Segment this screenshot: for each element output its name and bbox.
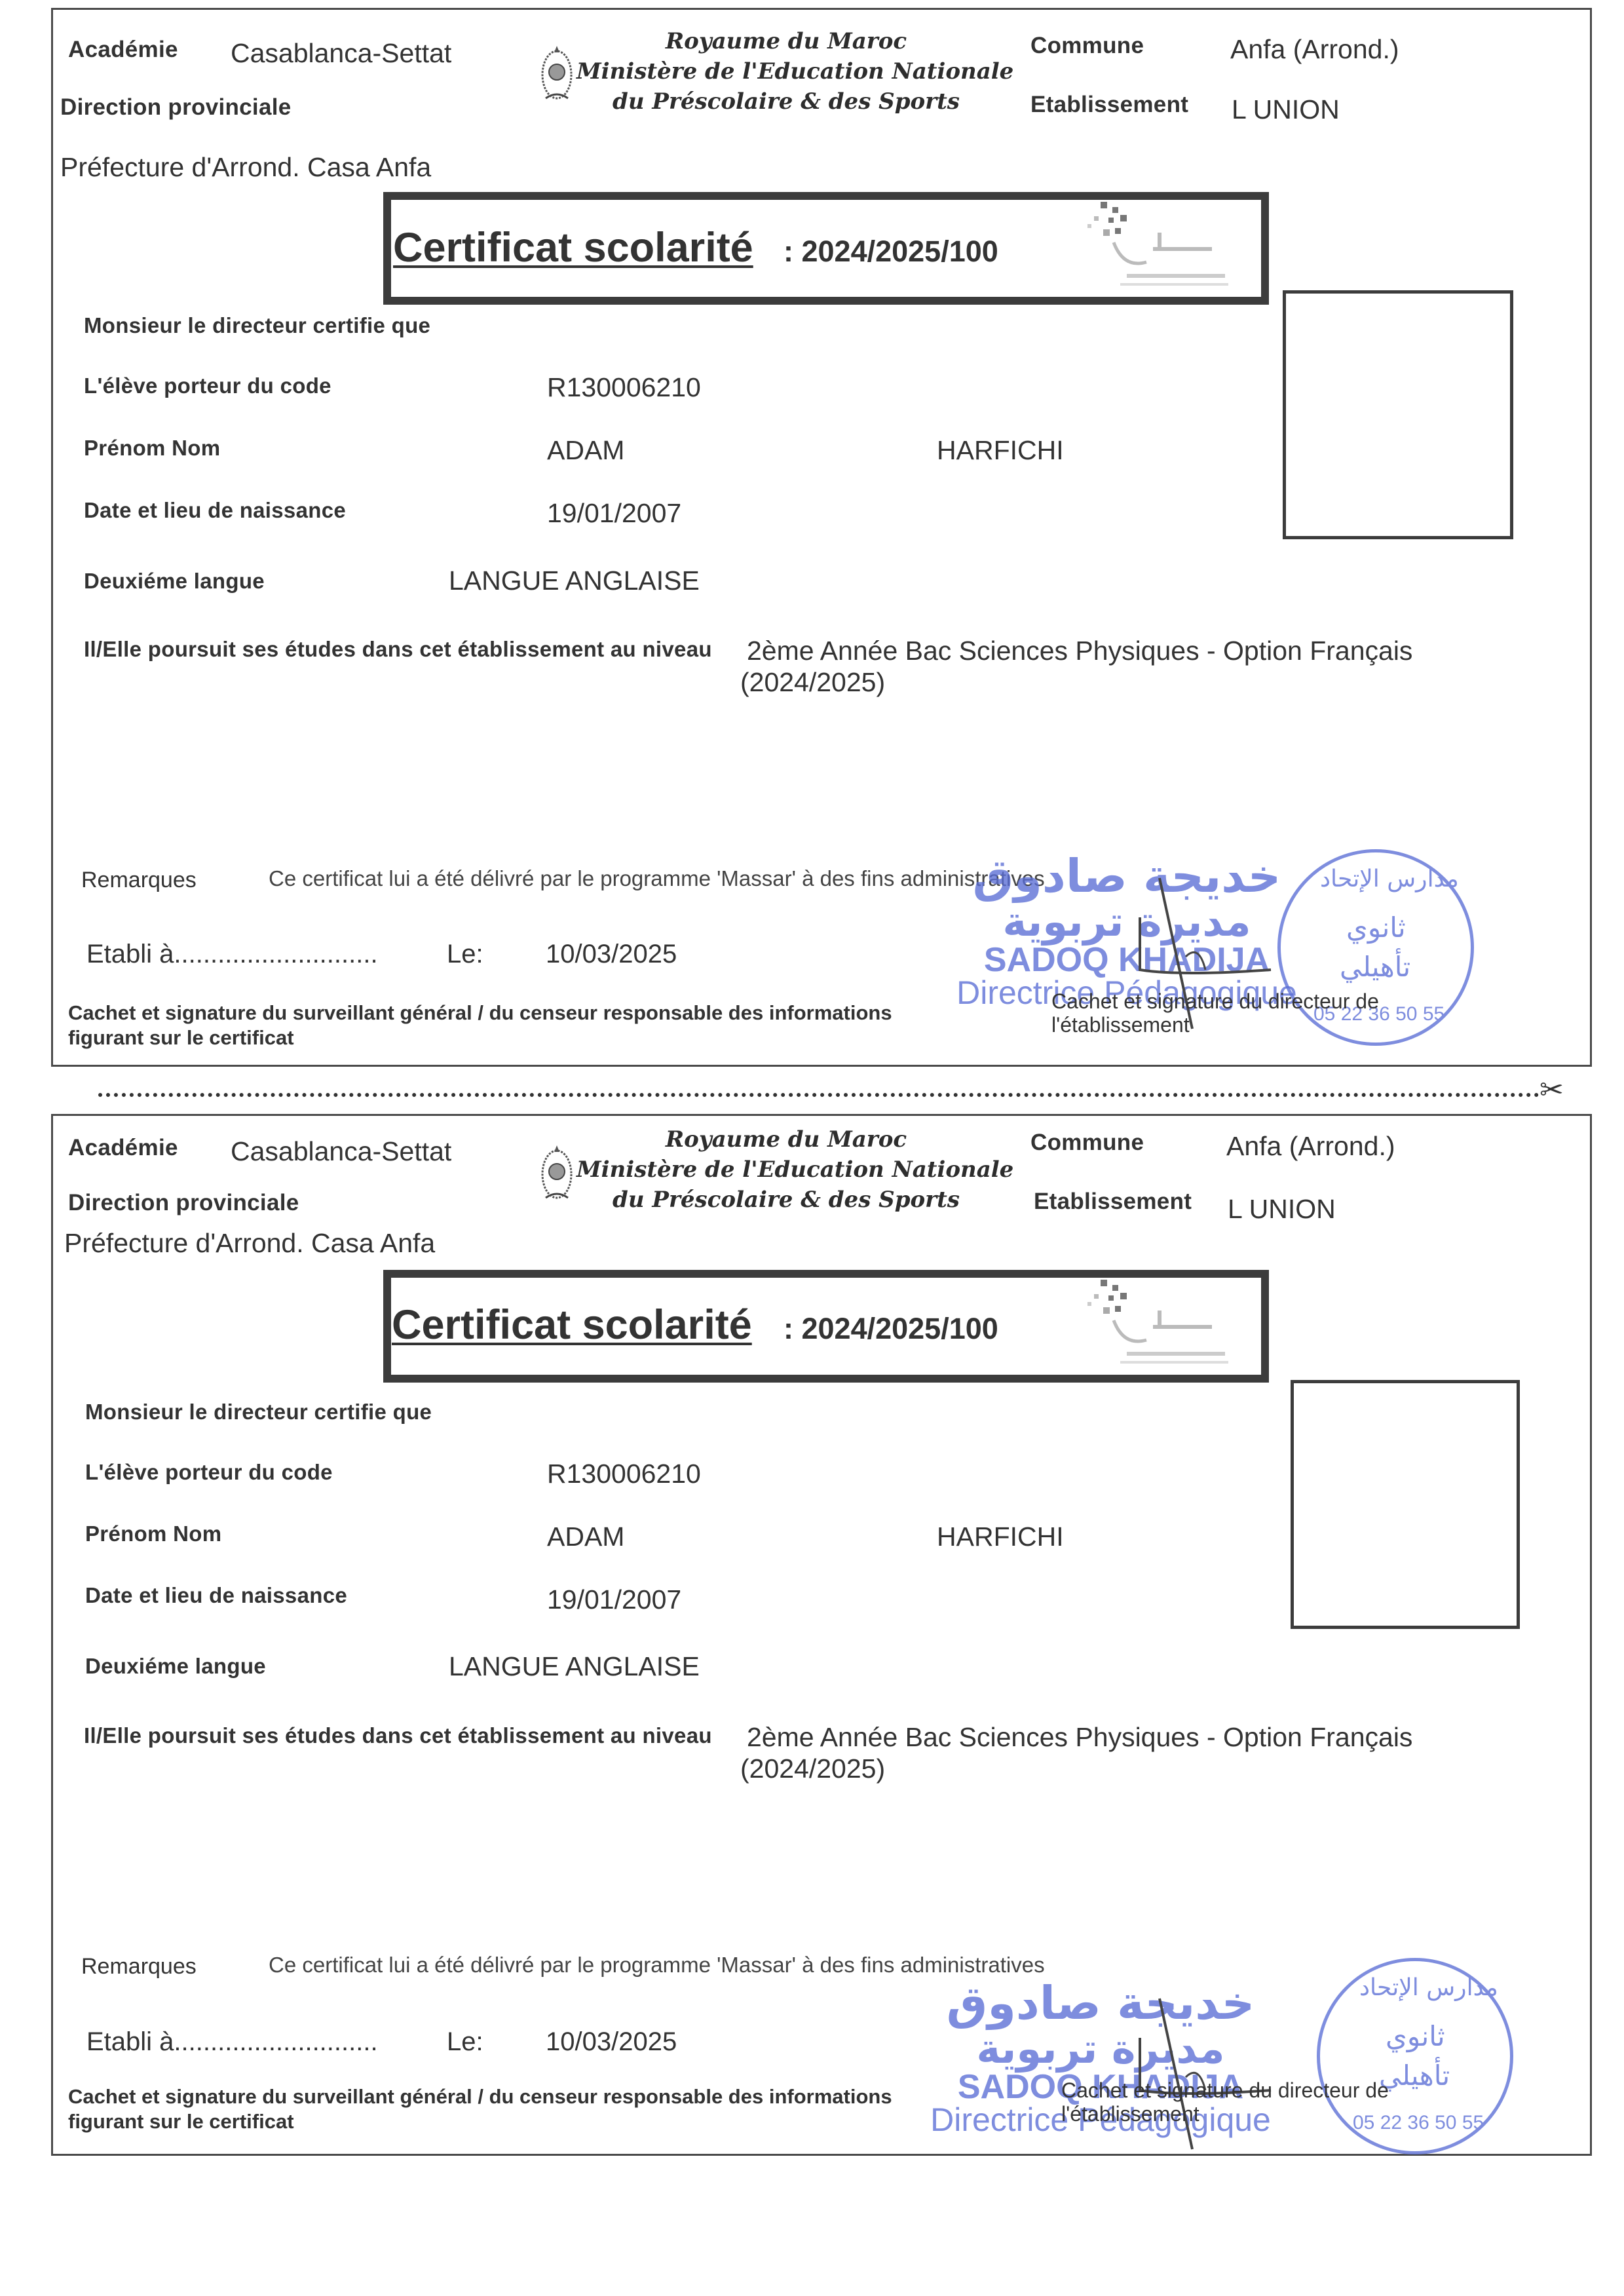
certificate-title: Certificat scolarité bbox=[392, 1301, 752, 1349]
name-label: Prénom Nom bbox=[85, 1521, 221, 1546]
massar-logo-icon bbox=[1074, 197, 1238, 295]
etablissement-label: Etablissement bbox=[1034, 1189, 1192, 1215]
langue-label: Deuxiéme langue bbox=[84, 569, 265, 594]
round-stamp-top: مدارس الإتحاد bbox=[1359, 1974, 1498, 2001]
nom-value: HARFICHI bbox=[937, 435, 1064, 466]
name-label: Prénom Nom bbox=[84, 436, 220, 461]
commune-label: Commune bbox=[1030, 33, 1144, 59]
code-label: L'élève porteur du code bbox=[84, 373, 331, 398]
coat-of-arms-icon bbox=[540, 1140, 573, 1206]
prenom-value: ADAM bbox=[547, 435, 624, 466]
round-stamp-top: مدارس الإتحاد bbox=[1320, 866, 1459, 892]
etablissement-value: L UNION bbox=[1232, 94, 1340, 125]
academie-value: Casablanca-Settat bbox=[231, 1136, 451, 1167]
remarques-label: Remarques bbox=[81, 1954, 197, 1980]
prefecture-value: Préfecture d'Arrond. Casa Anfa bbox=[60, 152, 431, 183]
etabli-label: Etabli à............................ bbox=[86, 940, 378, 969]
direction-label: Direction provinciale bbox=[68, 1190, 299, 1216]
birth-value: 19/01/2007 bbox=[547, 1584, 681, 1615]
le-label: Le: bbox=[447, 2027, 483, 2057]
commune-value: Anfa (Arrond.) bbox=[1226, 1131, 1395, 1162]
code-label: L'élève porteur du code bbox=[85, 1460, 333, 1485]
remarques-value: Ce certificat lui a été délivré par le p… bbox=[269, 866, 1045, 891]
director-signature-label-1: Cachet et signature du directeur de bbox=[1061, 2078, 1389, 2102]
direction-label: Direction provinciale bbox=[60, 94, 292, 121]
commune-label: Commune bbox=[1030, 1130, 1144, 1156]
round-stamp-center-2: تأهيلي bbox=[1379, 2059, 1450, 2092]
niveau-year: (2024/2025) bbox=[740, 667, 885, 698]
surveillant-signature-label-1: Cachet et signature du surveillant génér… bbox=[68, 1000, 892, 1026]
round-stamp-center-1: ثانوي bbox=[1346, 911, 1406, 944]
etablissement-value: L UNION bbox=[1228, 1194, 1336, 1225]
remarques-label: Remarques bbox=[81, 868, 197, 893]
director-signature-label-2: l'établissement bbox=[1051, 1013, 1190, 1037]
nom-value: HARFICHI bbox=[937, 1521, 1064, 1552]
date-value: 10/03/2025 bbox=[546, 940, 677, 969]
code-value: R130006210 bbox=[547, 1459, 701, 1489]
coat-of-arms-icon bbox=[540, 41, 573, 106]
round-stamp-phone: 05 22 36 50 55 bbox=[1353, 2112, 1484, 2134]
niveau-value: 2ème Année Bac Sciences Physiques - Opti… bbox=[747, 1722, 1412, 1753]
prefecture-value: Préfecture d'Arrond. Casa Anfa bbox=[64, 1228, 435, 1259]
ministry-header: Royaume du Maroc Ministère de l'Educatio… bbox=[576, 26, 996, 117]
remarques-value: Ce certificat lui a été délivré par le p… bbox=[269, 1953, 1045, 1978]
intro-text: Monsieur le directeur certifie que bbox=[84, 313, 430, 338]
signature-mark bbox=[1114, 871, 1284, 1068]
round-stamp-center-2: تأهيلي bbox=[1340, 951, 1410, 983]
niveau-value: 2ème Année Bac Sciences Physiques - Opti… bbox=[747, 636, 1412, 666]
niveau-year: (2024/2025) bbox=[740, 1753, 885, 1784]
intro-text: Monsieur le directeur certifie que bbox=[85, 1400, 432, 1425]
ministry-line-1: Royaume du Maroc bbox=[576, 26, 996, 56]
ministry-line-3: du Préscolaire & des Sports bbox=[576, 86, 996, 117]
school-round-stamp: مدارس الإتحاد ثانوي تأهيلي 05 22 36 50 5… bbox=[1277, 849, 1474, 1046]
photo-placeholder bbox=[1291, 1380, 1520, 1629]
surveillant-signature-label-2: figurant sur le certificat bbox=[68, 2109, 294, 2135]
etabli-label: Etabli à............................ bbox=[86, 2027, 378, 2057]
surveillant-signature-label-2: figurant sur le certificat bbox=[68, 1025, 294, 1051]
director-signature-label-2: l'établissement bbox=[1061, 2102, 1199, 2126]
birth-value: 19/01/2007 bbox=[547, 498, 681, 529]
code-value: R130006210 bbox=[547, 372, 701, 403]
cut-line bbox=[98, 1093, 1539, 1097]
round-stamp-center-1: ثانوي bbox=[1386, 2020, 1445, 2052]
birth-label: Date et lieu de naissance bbox=[84, 498, 346, 523]
academie-label: Académie bbox=[68, 37, 178, 63]
certificate-number: : 2024/2025/100 bbox=[784, 1312, 998, 1346]
surveillant-signature-label-1: Cachet et signature du surveillant génér… bbox=[68, 2084, 892, 2110]
photo-placeholder bbox=[1283, 290, 1513, 539]
academie-label: Académie bbox=[68, 1135, 178, 1161]
ministry-line-2: Ministère de l'Education Nationale bbox=[576, 1155, 996, 1185]
commune-value: Anfa (Arrond.) bbox=[1230, 34, 1399, 65]
director-signature-label-1: Cachet et signature du directeur de bbox=[1051, 989, 1379, 1013]
langue-value: LANGUE ANGLAISE bbox=[449, 565, 700, 596]
langue-label: Deuxiéme langue bbox=[85, 1654, 266, 1679]
ministry-line-2: Ministère de l'Education Nationale bbox=[576, 56, 996, 86]
le-label: Le: bbox=[447, 940, 483, 969]
niveau-label: Il/Elle poursuit ses études dans cet éta… bbox=[84, 637, 712, 662]
academie-value: Casablanca-Settat bbox=[231, 38, 451, 69]
niveau-label: Il/Elle poursuit ses études dans cet éta… bbox=[84, 1723, 712, 1748]
massar-logo-icon bbox=[1074, 1274, 1238, 1373]
certificate-title: Certificat scolarité bbox=[393, 224, 753, 271]
ministry-line-3: du Préscolaire & des Sports bbox=[576, 1185, 996, 1215]
etablissement-label: Etablissement bbox=[1030, 92, 1188, 118]
ministry-line-1: Royaume du Maroc bbox=[576, 1124, 996, 1155]
school-round-stamp: مدارس الإتحاد ثانوي تأهيلي 05 22 36 50 5… bbox=[1317, 1958, 1513, 2154]
certificate-number: : 2024/2025/100 bbox=[784, 235, 998, 269]
date-value: 10/03/2025 bbox=[546, 2027, 677, 2057]
langue-value: LANGUE ANGLAISE bbox=[449, 1651, 700, 1682]
ministry-header: Royaume du Maroc Ministère de l'Educatio… bbox=[576, 1124, 996, 1215]
prenom-value: ADAM bbox=[547, 1521, 624, 1552]
birth-label: Date et lieu de naissance bbox=[85, 1583, 347, 1608]
scissors-icon: ✂ bbox=[1539, 1073, 1564, 1107]
